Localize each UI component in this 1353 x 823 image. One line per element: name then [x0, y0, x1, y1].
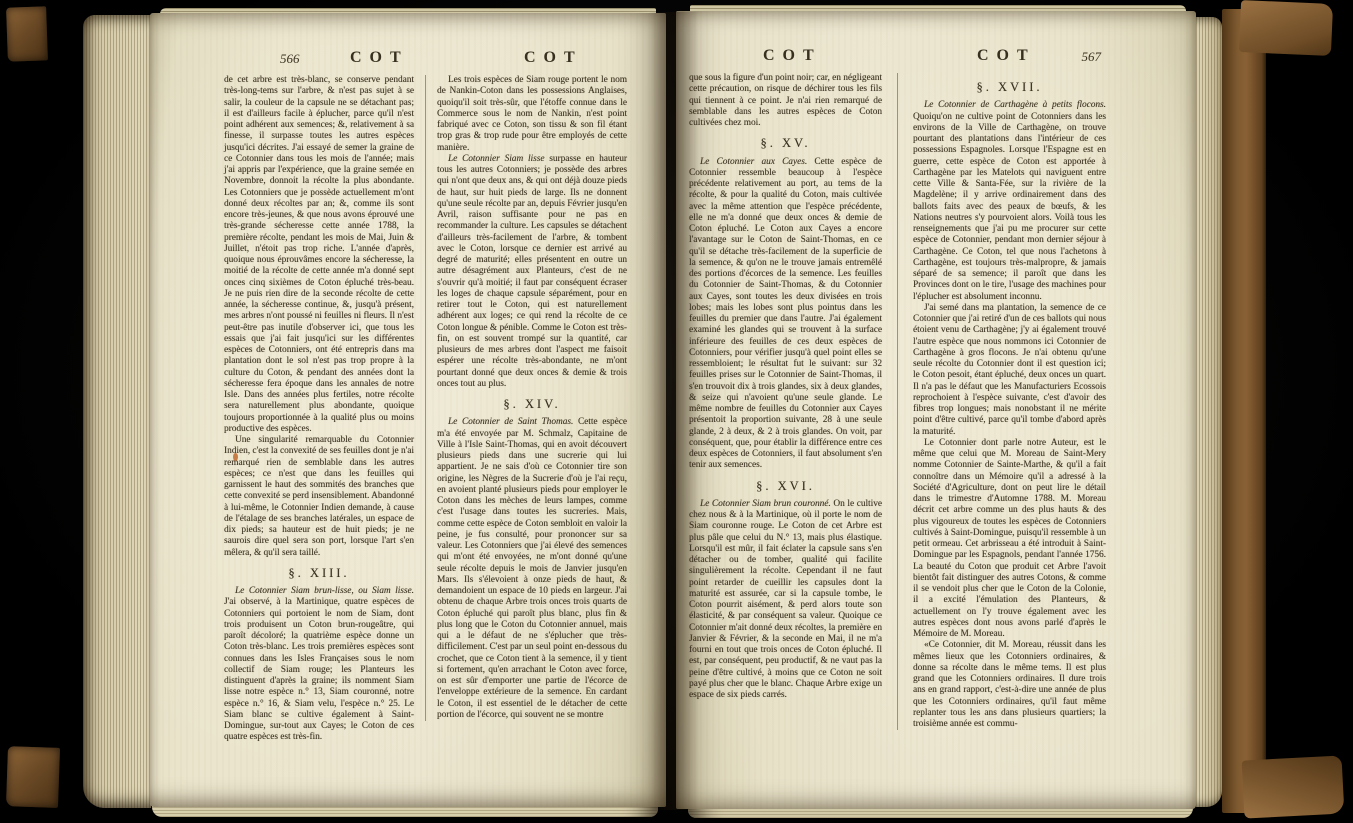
paragraph-text: On le cultive chez nous & à la Martiniqu… — [689, 499, 882, 700]
paragraph: Le Cotonnier aux Cayes. Cette espèce de … — [689, 157, 882, 472]
paragraph: de cet arbre est très-blanc, se conserve… — [224, 75, 414, 435]
paragraph-text: Cette espèce de Cotonnier ressemble beau… — [689, 157, 882, 471]
column-2: Les trois espèces de Siam rouge portent … — [425, 75, 627, 721]
column-1: que sous la figure d'un point noir; car,… — [689, 73, 897, 701]
paragraph: Le Cotonnier dont parle notre Auteur, es… — [913, 438, 1106, 641]
page-567-text-block: COT COT 567 que sous la figure d'un poin… — [689, 47, 1107, 730]
paragraph-lead: Le Cotonnier aux Cayes. — [700, 157, 807, 167]
text-columns: de cet arbre est très-blanc, se conserve… — [224, 75, 628, 744]
column-2: §. XVII. Le Cotonnier de Carthagène à pe… — [897, 73, 1106, 730]
paragraph-lead: Le Cotonnier de Carthagène à petits floc… — [924, 100, 1106, 110]
page-number: 567 — [1082, 49, 1102, 65]
running-title: COT — [977, 47, 1036, 65]
section-heading: §. XIV. — [437, 399, 627, 410]
paragraph-text: surpasse en hauteur tous les autres Coto… — [437, 154, 627, 389]
running-title: COT — [524, 49, 583, 67]
paragraph: Le Cotonnier Siam brun-lisse, ou Siam li… — [224, 586, 414, 744]
leather-cover-corner-bottom-left — [6, 746, 60, 808]
paragraph-text: J'ai observé, à la Martinique, quatre es… — [224, 597, 414, 742]
paragraph: Le Cotonnier Siam brun couronné. On le c… — [689, 499, 882, 702]
running-title: COT — [350, 49, 409, 67]
leather-cover-corner-top-left — [6, 6, 48, 61]
paragraph-text: Quoiqu'on ne cultive point de Cotonniers… — [913, 112, 1106, 302]
book-photo-scene: 566 COT COT de cet arbre est très-blanc,… — [0, 0, 1353, 823]
page-edge-stack-left — [83, 15, 151, 808]
column-1: de cet arbre est très-blanc, se conserve… — [224, 75, 425, 744]
page-566-text-block: 566 COT COT de cet arbre est très-blanc,… — [224, 49, 628, 744]
leather-cover-right — [1222, 9, 1266, 813]
page-edge-stack-right — [1196, 17, 1222, 807]
paragraph: Le Cotonnier de Carthagène à petits floc… — [913, 100, 1106, 303]
text-columns: que sous la figure d'un point noir; car,… — [689, 73, 1107, 730]
page-566-header: 566 COT COT — [224, 49, 628, 71]
paragraph: Le Cotonnier Siam lisse surpasse en haut… — [437, 154, 627, 390]
paper-speck — [233, 453, 238, 461]
paragraph: J'ai semé dans ma plantation, la semence… — [913, 303, 1106, 438]
page-number: 566 — [280, 51, 300, 67]
section-heading: §. XVI. — [689, 481, 882, 492]
paragraph: Une singularité remarquable du Cotonnier… — [224, 435, 414, 559]
paragraph: Les trois espèces de Siam rouge portent … — [437, 75, 627, 154]
leather-cover-corner-top-right — [1239, 0, 1333, 56]
paragraph: Le Cotonnier de Saint Thomas. Cette espè… — [437, 417, 627, 721]
section-heading: §. XVII. — [913, 82, 1106, 93]
section-heading: §. XV. — [689, 138, 882, 149]
paragraph-lead: Le Cotonnier de Saint Thomas. — [448, 417, 573, 427]
book-page-567: COT COT 567 que sous la figure d'un poin… — [676, 11, 1196, 809]
paragraph: «Ce Cotonnier, dit M. Moreau, réussit da… — [913, 640, 1106, 730]
paragraph: que sous la figure d'un point noir; car,… — [689, 73, 882, 129]
section-heading: §. XIII. — [224, 568, 414, 579]
paragraph-lead: Le Cotonnier Siam lisse — [448, 154, 544, 164]
paragraph-text: Cette espèce m'a été envoyée par M. Schm… — [437, 417, 627, 720]
paragraph-lead: Le Cotonnier Siam brun-lisse, ou Siam li… — [235, 586, 414, 596]
book-page-566: 566 COT COT de cet arbre est très-blanc,… — [150, 13, 666, 807]
running-title: COT — [763, 47, 822, 65]
page-567-header: COT COT 567 — [689, 47, 1107, 69]
leather-cover-corner-bottom-right — [1242, 755, 1345, 818]
paragraph-lead: Le Cotonnier Siam brun couronné. — [700, 499, 831, 509]
book-gutter-shadow — [649, 12, 699, 810]
